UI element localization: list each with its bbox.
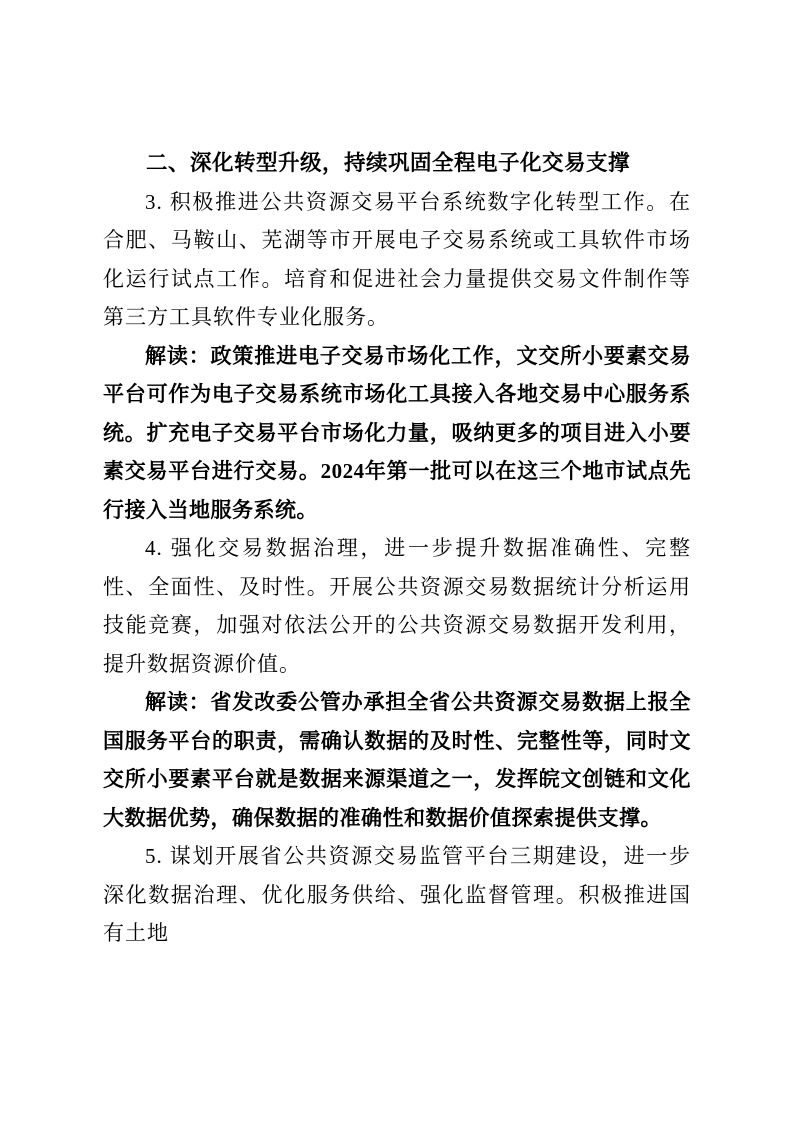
paragraph-interpretation-2: 解读：省发改委公管办承担全省公共资源交易数据上报全国服务平台的职责，需确认数据的…	[103, 683, 691, 837]
section-heading: 二、深化转型升级，持续巩固全程电子化交易支撑	[103, 144, 691, 183]
paragraph-item-5: 5. 谋划开展省公共资源交易监管平台三期建设，进一步深化数据治理、优化服务供给、…	[103, 837, 691, 953]
paragraph-item-3: 3. 积极推进公共资源交易平台系统数字化转型工作。在合肥、马鞍山、芜湖等市开展电…	[103, 183, 691, 337]
document-page: 二、深化转型升级，持续巩固全程电子化交易支撑 3. 积极推进公共资源交易平台系统…	[0, 0, 793, 1122]
paragraph-interpretation-1: 解读：政策推进电子交易市场化工作，文交所小要素交易平台可作为电子交易系统市场化工…	[103, 337, 691, 530]
paragraph-item-4: 4. 强化交易数据治理，进一步提升数据准确性、完整性、全面性、及时性。开展公共资…	[103, 529, 691, 683]
